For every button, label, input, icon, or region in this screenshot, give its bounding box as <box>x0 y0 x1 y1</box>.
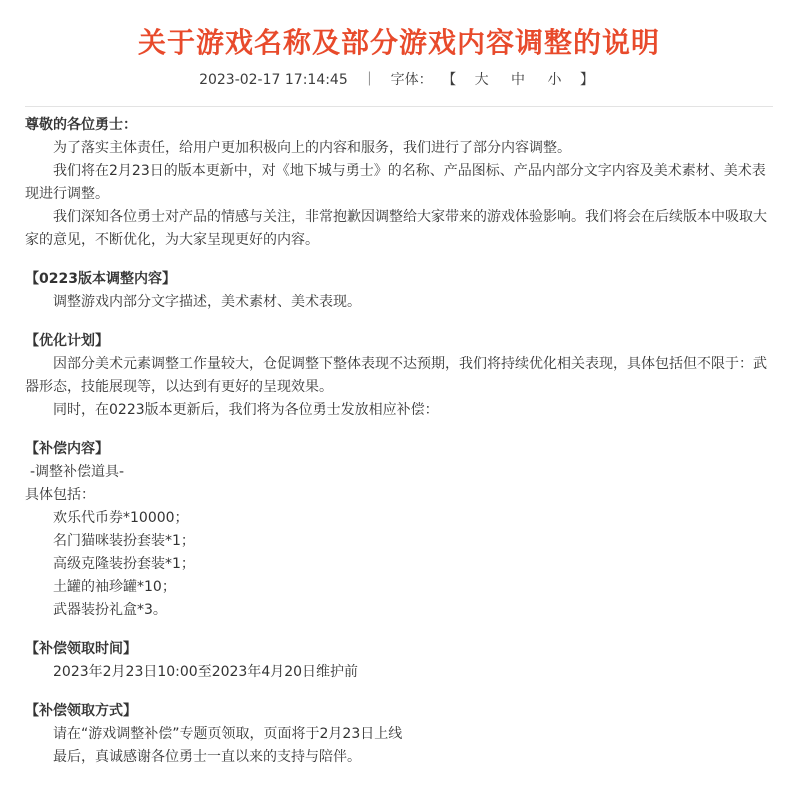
claim-time-text: 2023年2月23日10:00至2023年4月20日维护前 <box>25 661 773 684</box>
font-size-medium-button[interactable]: 中 <box>511 72 525 88</box>
compensation-item: 武器装扮礼盒*3。 <box>25 599 773 622</box>
page-title: 关于游戏名称及部分游戏内容调整的说明 <box>25 26 773 60</box>
intro-paragraph: 我们深知各位勇士对产品的情感与关注，非常抱歉因调整给大家带来的游戏体验影响。我们… <box>25 206 773 252</box>
bracket-open: 【 <box>442 72 456 88</box>
bracket-close: 】 <box>580 72 594 88</box>
intro-paragraph: 我们将在2月23日的版本更新中，对《地下城与勇士》的名称、产品图标、产品内部分文… <box>25 160 773 206</box>
section-heading-claim-method: 【补偿领取方式】 <box>25 700 773 723</box>
compensation-lead: 具体包括： <box>25 484 773 507</box>
announcement-page: 关于游戏名称及部分游戏内容调整的说明 2023-02-17 17:14:45 ｜… <box>0 26 798 769</box>
section-heading-claim-time: 【补偿领取时间】 <box>25 638 773 661</box>
announcement-header: 关于游戏名称及部分游戏内容调整的说明 2023-02-17 17:14:45 ｜… <box>25 26 773 90</box>
header-divider <box>25 106 773 107</box>
section-heading-compensation-content: 【补偿内容】 <box>25 438 773 461</box>
section-paragraph: 调整游戏内部分文字描述，美术素材、美术表现。 <box>25 291 773 314</box>
font-size-small-button[interactable]: 小 <box>547 72 561 88</box>
publish-timestamp: 2023-02-17 17:14:45 <box>199 72 348 88</box>
compensation-item: 欢乐代币券*10000； <box>25 507 773 530</box>
section-paragraph: 同时，在0223版本更新后，我们将为各位勇士发放相应补偿： <box>25 399 773 422</box>
compensation-item: 土罐的袖珍罐*10； <box>25 576 773 599</box>
claim-method-text: 请在“游戏调整补偿”专题页领取，页面将于2月23日上线 <box>25 723 773 746</box>
meta-line: 2023-02-17 17:14:45 ｜ 字体： 【 大 中 小 】 <box>25 70 773 90</box>
section-paragraph: 因部分美术元素调整工作量较大，仓促调整下整体表现不达预期，我们将持续优化相关表现… <box>25 353 773 399</box>
announcement-body: 尊敬的各位勇士： 为了落实主体责任，给用户更加积极向上的内容和服务，我们进行了部… <box>25 114 773 769</box>
compensation-subtitle: -调整补偿道具- <box>25 461 773 484</box>
intro-paragraph: 为了落实主体责任，给用户更加积极向上的内容和服务，我们进行了部分内容调整。 <box>25 137 773 160</box>
meta-separator: ｜ <box>362 72 376 88</box>
section-heading-optimization-plan: 【优化计划】 <box>25 330 773 353</box>
section-heading-0223-adjustments: 【0223版本调整内容】 <box>25 268 773 291</box>
compensation-item: 高级克隆装扮套装*1； <box>25 553 773 576</box>
font-size-label: 字体： <box>391 72 433 88</box>
greeting: 尊敬的各位勇士： <box>25 114 773 137</box>
closing-line: 最后，真诚感谢各位勇士一直以来的支持与陪伴。 <box>25 746 773 769</box>
compensation-item: 名门猫咪装扮套装*1； <box>25 530 773 553</box>
font-size-large-button[interactable]: 大 <box>475 72 489 88</box>
